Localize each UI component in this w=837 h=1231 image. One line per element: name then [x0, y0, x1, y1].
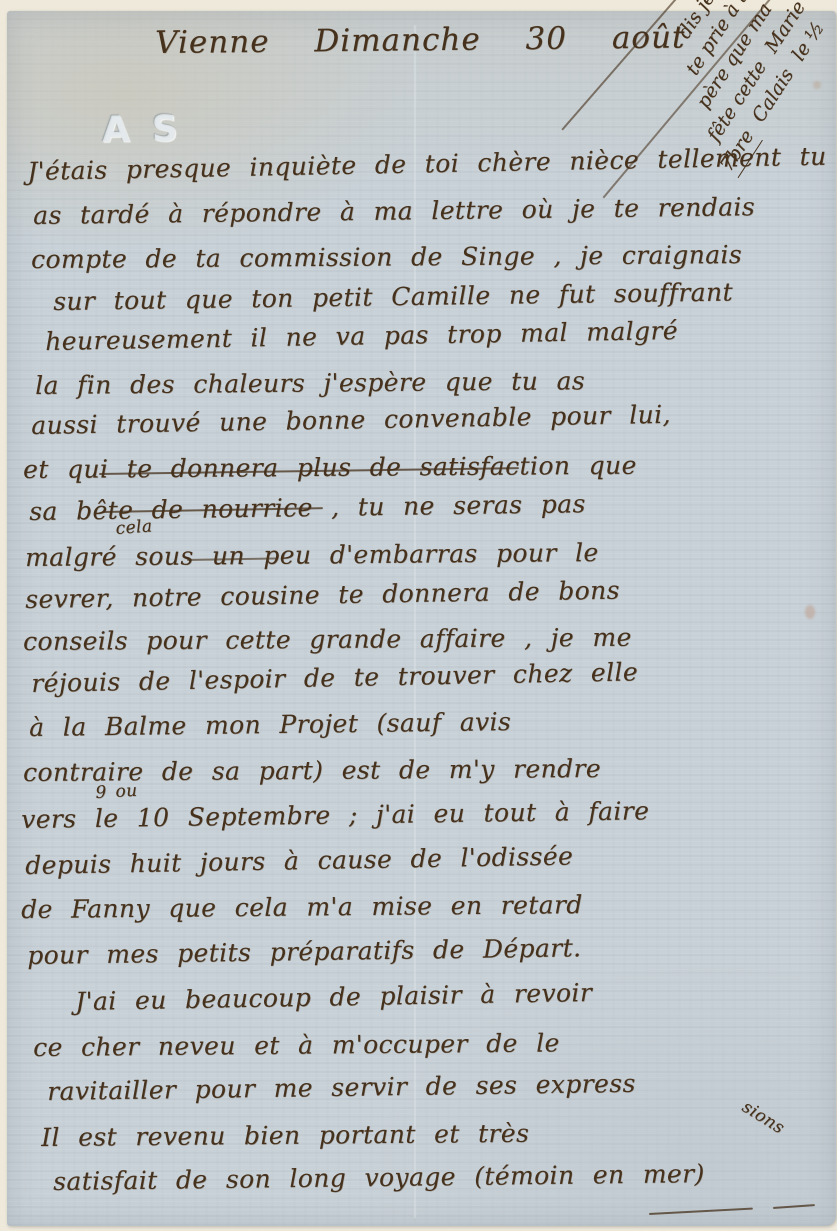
handwritten-line: J'ai eu beaucoup de plaisir à revoir: [75, 978, 592, 1016]
handwritten-line: as tardé à répondre à ma lettre où je te…: [33, 192, 755, 230]
insert-word-continuation: sions: [738, 1097, 788, 1138]
insert-above-malgre: cela: [115, 516, 153, 539]
handwritten-line: depuis huit jours à cause de l'odissée: [25, 841, 573, 880]
handwritten-line: réjouis de l'espoir de te trouver chez e…: [31, 657, 638, 698]
handwritten-line: ravitailler pour me servir de ses expres…: [47, 1069, 636, 1106]
handwritten-line: Il est revenu bien portant et très: [41, 1119, 529, 1152]
letter-paper: AS Vienne Dimanche 30 août dis je te pri…: [7, 11, 836, 1226]
handwritten-line: et qui te donnera plus de satisfaction q…: [23, 451, 637, 484]
handwritten-line: de Fanny que cela m'a mise en retard: [21, 890, 583, 924]
embossed-watermark: AS: [102, 108, 200, 151]
handwritten-line: à la Balme mon Projet (sauf avis: [29, 707, 511, 742]
handwritten-line: sur tout que ton petit Camille ne fut so…: [53, 278, 733, 316]
letter-scan: AS Vienne Dimanche 30 août dis je te pri…: [0, 0, 837, 1231]
underline-stroke: [773, 1204, 815, 1209]
stain-speck: [813, 81, 821, 89]
handwritten-line: conseils pour cette grande affaire , je …: [23, 623, 632, 656]
handwritten-line: sevrer, notre cousine te donnera de bons: [25, 576, 620, 614]
handwritten-line: aussi trouvé une bonne convenable pour l…: [31, 400, 671, 440]
handwritten-line: la fin des chaleurs j'espère que tu as: [35, 366, 585, 400]
handwritten-line: ce cher neveu et à m'occuper de le: [33, 1028, 560, 1062]
stain-speck: [805, 605, 815, 619]
underline-stroke: [649, 1208, 753, 1215]
handwritten-line: compte de ta commission de Singe , je cr…: [31, 240, 742, 274]
handwritten-line: malgré sous un peu d'embarras pour le: [25, 538, 599, 572]
handwritten-line: heureusement il ne va pas trop mal malgr…: [45, 316, 678, 356]
scanned-letter-page: { "letter": { "dateline": "Vienne Dimanc…: [0, 0, 837, 1231]
handwritten-line: pour mes petits préparatifs de Départ.: [27, 933, 582, 970]
dateline: Vienne Dimanche 30 août: [155, 19, 686, 61]
handwritten-line: satisfait de son long voyage (témoin en …: [53, 1159, 705, 1196]
insert-date-alternative: 9 ou: [95, 781, 138, 803]
